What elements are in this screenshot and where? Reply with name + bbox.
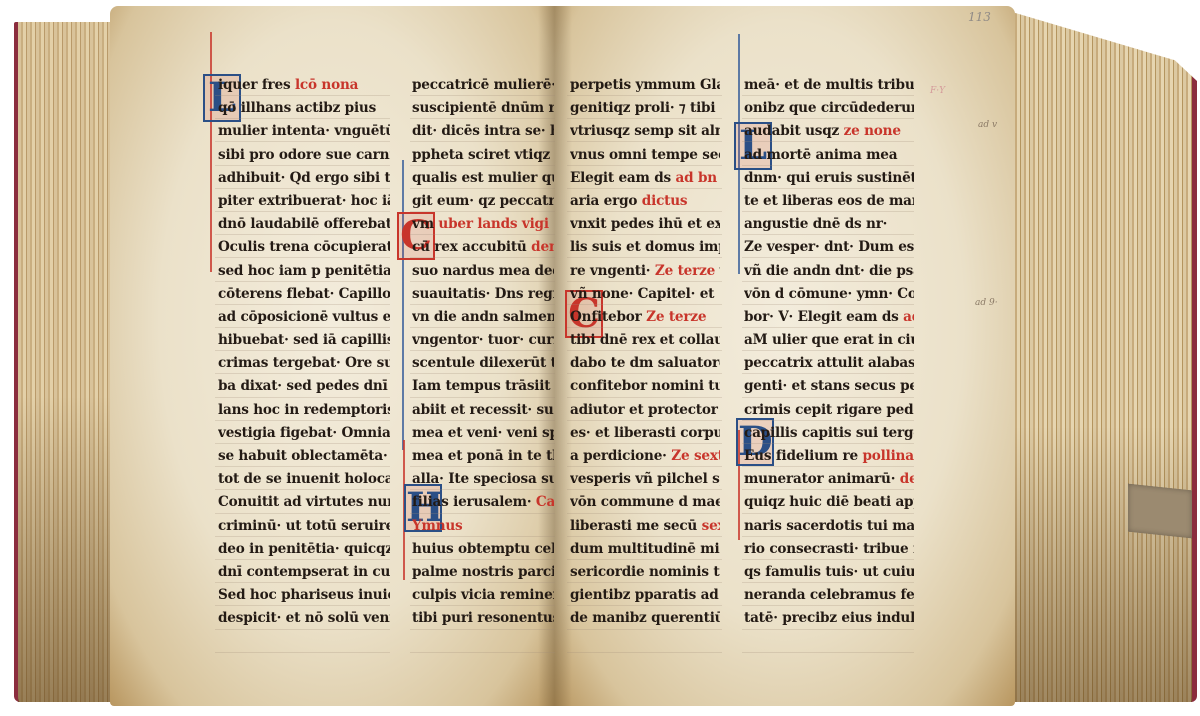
text-line: suo nardus mea dedit odorem	[412, 260, 554, 283]
ruling-line	[215, 95, 390, 96]
left-fore-edge	[14, 22, 118, 702]
ruling-line	[215, 234, 390, 235]
ruling-line	[567, 466, 722, 467]
ruling-line	[567, 350, 722, 351]
ruling-line	[410, 234, 555, 235]
right-fore-edge	[1012, 12, 1197, 702]
ruling-line	[410, 466, 555, 467]
text-line: liberasti me secū sexte	[570, 515, 720, 538]
text-line: suscipientē dnūm reprehen	[412, 97, 554, 120]
ruling-line	[215, 466, 390, 467]
ruling-line	[215, 141, 390, 142]
ruling-line	[410, 211, 555, 212]
text-line: onibz que circūdederunt me·	[744, 97, 914, 120]
text-line: vtriusqz semp sit alme ds	[570, 120, 720, 143]
text-line: scentule dilexerūt te nimis·	[412, 352, 554, 375]
ruling-line	[742, 420, 914, 421]
text-line: crimas tergebat· Ore sup	[218, 352, 390, 375]
ruling-line	[742, 188, 914, 189]
text-line: bor· V· Elegit eam ds ad mag·	[744, 306, 914, 329]
ruling-line	[410, 118, 555, 119]
ruling-line	[215, 165, 390, 166]
text-line: cōterens flebat· Capillos	[218, 283, 390, 306]
ruling-line	[215, 652, 390, 653]
ruling-line	[567, 629, 722, 630]
ruling-line	[410, 513, 555, 514]
text-line: qualis est mulier que tā	[412, 167, 554, 190]
text-line: Conuitit ad virtutes numē	[218, 491, 390, 514]
ruling-line	[215, 605, 390, 606]
text-line: ppheta sciret vtiqz que et	[412, 144, 554, 167]
text-line: ad mortē anima mea	[744, 144, 914, 167]
text-line: aria ergo dictus	[570, 190, 720, 213]
ruling-line	[742, 304, 914, 305]
ruling-line	[410, 165, 555, 166]
ruling-line	[567, 141, 722, 142]
ruling-line	[215, 281, 390, 282]
text-line: qs famulis tuis· ut cuius ue	[744, 561, 914, 584]
ruling-line	[215, 582, 390, 583]
text-line: hibuebat· sed iā capillis la	[218, 329, 390, 352]
ruling-line	[567, 420, 722, 421]
text-line: abiit et recessit· surge amica	[412, 399, 554, 422]
ruling-line	[567, 95, 722, 96]
ruling-line	[567, 582, 722, 583]
ruling-line	[215, 536, 390, 537]
text-line: dabo te dm saluatorē meū·	[570, 352, 720, 375]
text-line: dnm· qui eruis sustinētes	[744, 167, 914, 190]
text-line: dit· dicēs intra se· hic si es	[412, 120, 554, 143]
text-line: lans hoc in redemptoris sui	[218, 399, 390, 422]
text-line: Eus fidelium re pollinari· oi·	[744, 445, 914, 468]
ruling-line	[567, 489, 722, 490]
ruling-line	[742, 397, 914, 398]
text-line: dum multitudinē mi	[570, 538, 720, 561]
text-line: es· et liberasti corpus meum	[570, 422, 720, 445]
margin-note: ad 9·	[975, 298, 998, 308]
blue-penwork-flourish	[402, 160, 404, 450]
text-line: lis suis et domus impleta ē ex odo	[570, 236, 720, 259]
ruling-line	[567, 257, 722, 258]
ruling-line	[215, 373, 390, 374]
ruling-line	[742, 373, 914, 374]
text-line: dnī contempserat in culpa·	[218, 561, 390, 584]
ruling-line	[742, 605, 914, 606]
text-line: iquer fres lcō nona	[218, 74, 390, 97]
ruling-line	[742, 350, 914, 351]
ruling-line	[567, 165, 722, 166]
text-line: mea et veni· veni sponsa	[412, 422, 554, 445]
ruling-line	[742, 234, 914, 235]
ruling-line	[410, 397, 555, 398]
text-line: Elegit eam ds ad bn	[570, 167, 720, 190]
ruling-line	[410, 536, 555, 537]
text-line: Iam tempus trāsiit ymber	[412, 375, 554, 398]
ruling-line	[742, 559, 914, 560]
text-line: mulier intenta· vnguētū	[218, 120, 390, 143]
text-line: quiqz huic diē beati appolli	[744, 491, 914, 514]
text-line: peccatricē mulierē· sed etiā	[412, 74, 554, 97]
ruling-line	[410, 373, 555, 374]
text-column-4: meā· et de multis tribulanonibz que circ…	[744, 74, 914, 631]
ruling-line	[567, 443, 722, 444]
text-line: vn die andn salmen I ue	[412, 306, 554, 329]
text-line: deo in penitētia· quicqz ex se	[218, 538, 390, 561]
ruling-line	[410, 582, 555, 583]
ruling-line	[410, 443, 555, 444]
folio-number: 113	[968, 10, 991, 24]
text-line: ba dixat· sed pedes dnī osu	[218, 375, 390, 398]
ruling-line	[567, 373, 722, 374]
ruling-line	[410, 327, 555, 328]
ruling-line	[742, 141, 914, 142]
ruling-line	[742, 652, 914, 653]
open-manuscript: 113 F·Y ad v ad 9· L C H C L D iquer fre…	[0, 0, 1200, 716]
margin-note: ad v	[978, 120, 997, 130]
text-line: tibi dnē rex et collau	[570, 329, 720, 352]
text-line: culpis vicia reminentur	[412, 584, 554, 607]
ruling-line	[567, 559, 722, 560]
text-line: Ze vesper· dnt· Dum esset rex·	[744, 236, 914, 259]
text-line: crimis cepit rigare pedes eius et	[744, 399, 914, 422]
ruling-line	[410, 652, 555, 653]
text-line: cū rex accubitū den zit	[412, 236, 554, 259]
text-line: a perdicione· Ze sexte	[570, 445, 720, 468]
text-line: vesperis vñ pilchel sprechin man	[570, 468, 720, 491]
ruling-line	[215, 327, 390, 328]
text-line: filias ierusalem· Capitulu	[412, 491, 554, 514]
ruling-line	[215, 211, 390, 212]
text-line: Ymnus	[412, 515, 554, 538]
text-line: vnus omni tempe secli am·	[570, 144, 720, 167]
ruling-line	[215, 257, 390, 258]
ruling-line	[742, 443, 914, 444]
text-line: adiutor et protector factus	[570, 399, 720, 422]
ruling-line	[410, 605, 555, 606]
red-penwork-flourish	[210, 32, 212, 272]
text-line: audabit usqz ze none	[744, 120, 914, 143]
text-line: gientibz pparatis ad escam	[570, 584, 720, 607]
text-column-2: peccatricē mulierē· sed etiāsuscipientē …	[412, 74, 554, 631]
ruling-line	[567, 397, 722, 398]
ruling-line	[567, 118, 722, 119]
text-line: rio consecrasti· tribue nobis	[744, 538, 914, 561]
text-line: adhibuit· Qd ergo sibi tur	[218, 167, 390, 190]
ruling-line	[567, 652, 722, 653]
text-line: palme nostris parcit	[412, 561, 554, 584]
text-column-1: iquer fres lcō nonaqō illhans actibz piu…	[218, 74, 390, 631]
text-line: tibi puri resonentus laudis	[412, 607, 554, 630]
text-line: te et liberas eos de manu	[744, 190, 914, 213]
ruling-line	[215, 304, 390, 305]
text-line: munerator animarū· de·	[744, 468, 914, 491]
ruling-line	[742, 327, 914, 328]
ruling-line	[215, 188, 390, 189]
text-line: vōn commune d maegde Ze	[570, 491, 720, 514]
ruling-line	[410, 188, 555, 189]
paper-bookmark	[1128, 484, 1192, 539]
text-line: tatē· precibz eius indulgen	[744, 607, 914, 630]
text-line: genti· et stans secus pedes dnī la	[744, 375, 914, 398]
text-line: ad cōposicionē vultus ex	[218, 306, 390, 329]
ruling-line	[567, 304, 722, 305]
ruling-line	[215, 489, 390, 490]
text-line: meā· et de multis tribulan	[744, 74, 914, 97]
text-line: huius obtemptu celi	[412, 538, 554, 561]
text-line: perpetis ymmum Gla pat	[570, 74, 720, 97]
text-line: naris sacerdotis tui marty	[744, 515, 914, 538]
ruling-line	[410, 95, 555, 96]
ruling-line	[215, 629, 390, 630]
ruling-line	[410, 350, 555, 351]
ruling-line	[215, 397, 390, 398]
text-line: de manibz querentiū animā	[570, 607, 720, 630]
ruling-line	[567, 536, 722, 537]
text-column-3: perpetis ymmum Gla patgenitiqz proli· ⁊ …	[570, 74, 720, 631]
ruling-line	[742, 95, 914, 96]
ruling-line	[742, 466, 914, 467]
ruling-line	[567, 605, 722, 606]
ruling-line	[410, 257, 555, 258]
ruling-line	[742, 257, 914, 258]
ruling-line	[742, 513, 914, 514]
text-line: piter extribuerat· hoc iā	[218, 190, 390, 213]
ruling-line	[567, 513, 722, 514]
ruling-line	[742, 536, 914, 537]
ruling-line	[742, 629, 914, 630]
text-line: se habuit oblectamēta·	[218, 445, 390, 468]
text-line: vñ none· Capitel· et	[570, 283, 720, 306]
ruling-line	[215, 443, 390, 444]
ruling-line	[410, 304, 555, 305]
text-line: dnō laudabilē offerebat·	[218, 213, 390, 236]
ruling-line	[410, 420, 555, 421]
ruling-line	[410, 489, 555, 490]
text-line: git eum· qz peccatrix est·	[412, 190, 554, 213]
text-line: aM ulier que erat in ciuitate	[744, 329, 914, 352]
ruling-line	[742, 281, 914, 282]
text-line: vm uber lands vigi	[412, 213, 554, 236]
text-line: vñ die andn dnt· die psalmen	[744, 260, 914, 283]
margin-note: F·Y	[930, 86, 945, 96]
ruling-line	[410, 559, 555, 560]
text-line: sericordie nominis tui· a ru	[570, 561, 720, 584]
ruling-line	[410, 141, 555, 142]
text-line: genitiqz proli· ⁊ tibi compar	[570, 97, 720, 120]
ruling-line	[567, 211, 722, 212]
text-line: capillis capitis sui tergebat· Ap	[744, 422, 914, 445]
text-line: Oculis trena cōcupierat·	[218, 236, 390, 259]
text-line: peccatrix attulit alabastrum vn	[744, 352, 914, 375]
text-line: angustie dnē ds nr·	[744, 213, 914, 236]
ruling-line	[410, 629, 555, 630]
ruling-line	[742, 118, 914, 119]
ruling-line	[215, 350, 390, 351]
ruling-line	[567, 234, 722, 235]
ruling-line	[215, 559, 390, 560]
text-line: neranda celebramus festiui	[744, 584, 914, 607]
text-line: vōn d cōmune· ymn· Confite	[744, 283, 914, 306]
text-line: tot de se inuenit holocausta·	[218, 468, 390, 491]
ruling-line	[567, 327, 722, 328]
text-line: confitebor nomini tuo qm	[570, 375, 720, 398]
text-line: alla· Ite speciosa sunt	[412, 468, 554, 491]
text-line: criminū· ut totū seruiret	[218, 515, 390, 538]
ruling-line	[567, 188, 722, 189]
text-line: vnxit pedes ihū et extersit capil	[570, 213, 720, 236]
ruling-line	[410, 281, 555, 282]
text-line: sibi pro odore sue carnis	[218, 144, 390, 167]
text-line: qō illhans actibz pius	[218, 97, 390, 120]
ruling-line	[215, 118, 390, 119]
text-line: sed hoc iam p penitētiam	[218, 260, 390, 283]
ruling-line	[742, 489, 914, 490]
ruling-line	[742, 582, 914, 583]
text-line: re vngenti· Ze terze vn	[570, 260, 720, 283]
ruling-line	[567, 281, 722, 282]
ruling-line	[742, 211, 914, 212]
text-line: Onfitebor Ze terze	[570, 306, 720, 329]
ruling-line	[742, 165, 914, 166]
text-line: vestigia figebat· Omnia	[218, 422, 390, 445]
text-line: vngentor· tuor· currimus adole	[412, 329, 554, 352]
text-line: mea et ponā in te thronū meū·	[412, 445, 554, 468]
text-line: despicit· et nō solū venire	[218, 607, 390, 630]
text-line: Sed hoc phariseus inuiens	[218, 584, 390, 607]
ruling-line	[215, 513, 390, 514]
ruling-line	[215, 420, 390, 421]
text-line: suauitatis· Dns regnauit	[412, 283, 554, 306]
